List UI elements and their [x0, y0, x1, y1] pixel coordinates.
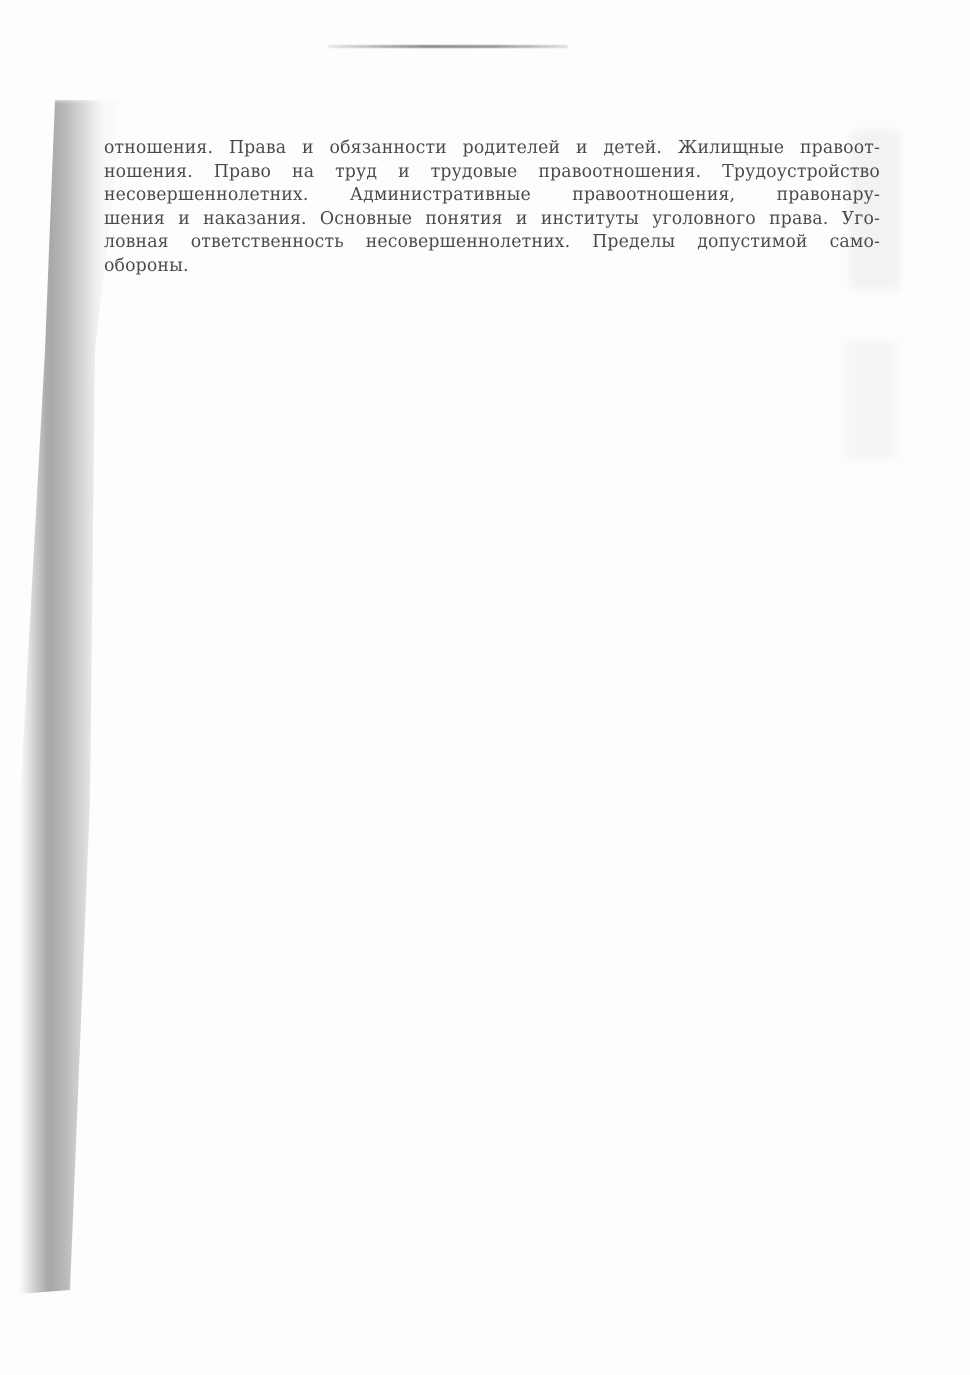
scan-smudge [845, 340, 895, 460]
text-line: обороны. [104, 255, 880, 279]
text-line: ношения. Право на труд и трудовые правоо… [104, 161, 880, 185]
header-rule [328, 45, 568, 48]
text-line: отношения. Права и обязанности родителей… [104, 137, 880, 161]
text-line: шения и наказания. Основные понятия и ин… [104, 208, 880, 232]
text-line: ловная ответственность несовершеннолетни… [104, 231, 880, 255]
body-text: отношения. Права и обязанности родителей… [104, 137, 880, 279]
text-line: несовершеннолетних. Административные пра… [104, 184, 880, 208]
scan-binding-shadow [0, 100, 120, 1300]
